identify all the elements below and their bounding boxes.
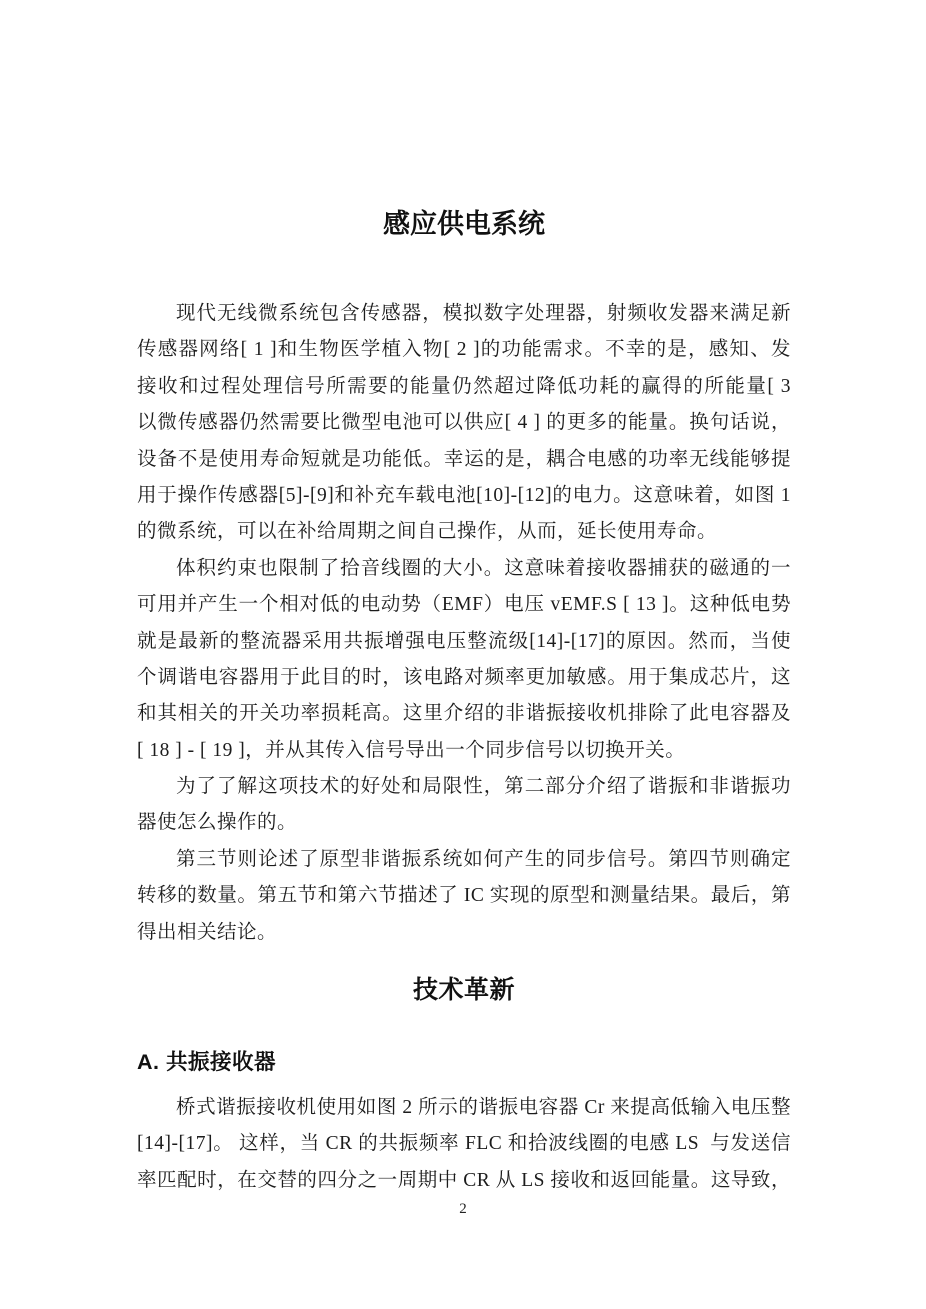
paragraph-line: 器使怎么操作的。 xyxy=(137,805,791,841)
paragraph-line: 个调谐电容器用于此目的时，该电路对频率更加敏感。用于集成芯片，这个频率 xyxy=(137,660,791,696)
paragraph-line: 转移的数量。第五节和第六节描述了 IC 实现的原型和测量结果。最后，第七节 xyxy=(137,878,791,914)
page-number: 2 xyxy=(0,1199,926,1219)
paragraph-line: 为了了解这项技术的好处和局限性，第二部分介绍了谐振和非谐振功率接收 xyxy=(137,769,791,805)
paragraph-line: 接收和过程处理信号所需要的能量仍然超过降低功耗的赢得的所能量[ 3 ]，所 xyxy=(137,369,791,405)
paragraph-line: 体积约束也限制了拾音线圈的大小。这意味着接收器捕获的磁通的一小部分 xyxy=(137,551,791,587)
paragraph-line: 第三节则论述了原型非谐振系统如何产生的同步信号。第四节则确定了电力 xyxy=(137,842,791,878)
paragraph-line: 可用并产生一个相对低的电动势（EMF）电压 vEMF.S [ 13 ]。这种低电… xyxy=(137,587,791,623)
document-body: 现代无线微系统包含传感器，模拟数字处理器，射频收发器来满足新兴无线传感器网络[ … xyxy=(137,296,791,1199)
paragraph-line: [14]-[17]。 这样，当 CR 的共振频率 FLC 和拾波线圈的电感 LS… xyxy=(137,1126,791,1162)
document-page: 感应供电系统 现代无线微系统包含传感器，模拟数字处理器，射频收发器来满足新兴无线… xyxy=(0,0,926,1309)
paragraph-line: 设备不是使用寿命短就是功能低。幸运的是，耦合电感的功率无线能够提供充足 xyxy=(137,442,791,478)
paragraph-line: 和其相关的开关功率损耗高。这里介绍的非谐振接收机排除了此电容器及其缺点 xyxy=(137,696,791,732)
paragraph-line: 传感器网络[ 1 ]和生物医学植入物[ 2 ]的功能需求。不幸的是，感知、发送、 xyxy=(137,332,791,368)
paragraph-line: 用于操作传感器[5]-[9]和补充车载电池[10]-[12]的电力。这意味着，如… xyxy=(137,478,791,514)
paragraph-line: 现代无线微系统包含传感器，模拟数字处理器，射频收发器来满足新兴无线 xyxy=(137,296,791,332)
paragraph-line: 就是最新的整流器采用共振增强电压整流级[14]-[17]的原因。然而，当使用一 xyxy=(137,624,791,660)
paragraph-line: 的微系统，可以在补给周期之间自己操作，从而，延长使用寿命。 xyxy=(137,514,791,550)
paragraph-line: [ 18 ] - [ 19 ]，并从其传入信号导出一个同步信号以切换开关。 xyxy=(137,733,791,769)
paragraph-line: 得出相关结论。 xyxy=(137,915,791,951)
document-title: 感应供电系统 xyxy=(137,0,791,240)
subsection-heading: A. 共振接收器 xyxy=(137,1047,791,1077)
paragraph-line: 率匹配时，在交替的四分之一周期中 CR 从 LS 接收和返回能量。这导致， CR xyxy=(137,1163,791,1199)
section-heading: 技术革新 xyxy=(137,973,791,1007)
document-content: 感应供电系统 现代无线微系统包含传感器，模拟数字处理器，射频收发器来满足新兴无线… xyxy=(137,0,791,1199)
paragraph-line: 桥式谐振接收机使用如图 2 所示的谐振电容器 Cr 来提高低输入电压整流级 xyxy=(137,1090,791,1126)
paragraph-line: 以微传感器仍然需要比微型电池可以供应[ 4 ] 的更多的能量。换句话说，这些 xyxy=(137,405,791,441)
